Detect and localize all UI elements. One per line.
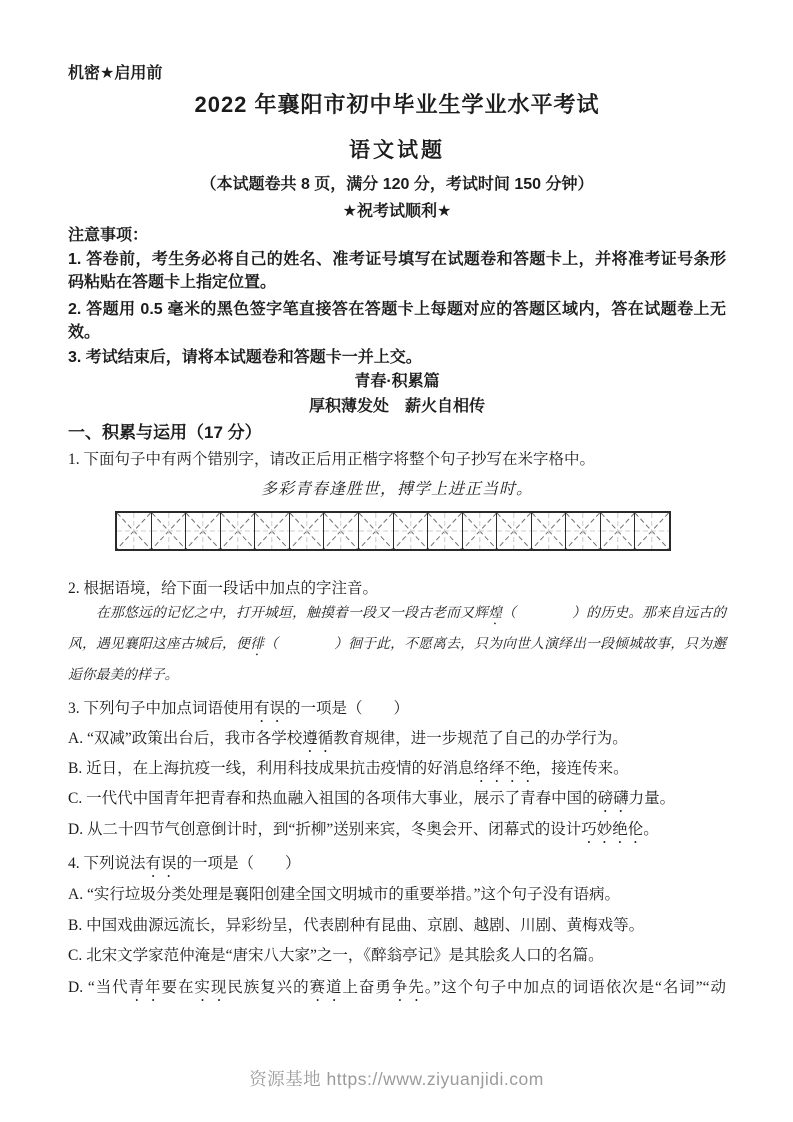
- text-segment: C. 北宋文学家范仲淹是“唐宋八大家”之一，《醉翁亭记》是其脍炙人口的名篇。: [68, 947, 604, 964]
- grid-cell: [497, 513, 532, 549]
- dotted-word: 争先: [392, 979, 425, 996]
- question-2-passage-line-3: 逅你最美的样子。: [68, 663, 726, 683]
- dotted-word: 青年: [129, 979, 162, 996]
- text-segment: B. 中国戏曲源远流长，异彩纷呈，代表剧种有昆曲、京剧、越剧、川剧、黄梅戏等。: [68, 917, 644, 934]
- question-1-copy-sentence: 多彩青春逢胜世，搏学上进正当时。: [68, 476, 726, 499]
- exam-title: 2022 年襄阳市初中毕业生学业水平考试: [68, 88, 726, 119]
- text-segment: 。”这个句子中加点的词语依次是“名词”“动: [425, 979, 726, 996]
- question-4-option-b: B. 中国戏曲源远流长，异彩纷呈，代表剧种有昆曲、京剧、越剧、川剧、黄梅戏等。: [68, 913, 726, 935]
- text-segment: D. “当代: [68, 979, 129, 996]
- notice-line-3: 3. 考试结束后，请将本试题卷和答题卡一并上交。: [68, 344, 726, 367]
- grid-cell: [221, 513, 256, 549]
- text-segment: 教育规律，进一步规范了自己的办学行为。: [333, 730, 628, 747]
- text-segment: A. “双减”政策出台后，我市各学校: [68, 730, 302, 747]
- grid-cell: [635, 513, 669, 549]
- page-content: 机密★启用前 2022 年襄阳市初中毕业生学业水平考试 语文试题 （本试题卷共 …: [68, 0, 726, 1122]
- question-1-stem: 1. 下面句子中有两个错别字，请改正后用正楷字将整个句子抄写在米字格中。: [68, 447, 726, 469]
- question-3-option-b: B. 近日，在上海抗疫一线，利用科技成果抗击疫情的好消息络绎不绝，接连传来。: [68, 756, 726, 786]
- text-segment: 要在: [162, 979, 195, 996]
- question-2-stem: 2. 根据语境，给下面一段话中加点的字注音。: [68, 576, 726, 598]
- grid-cell: [566, 513, 601, 549]
- text-segment: 风，遇见襄阳这座古城后，便: [68, 636, 250, 651]
- grid-cell: [394, 513, 429, 549]
- grid-cell: [255, 513, 290, 549]
- text-segment: 力量。: [629, 790, 676, 807]
- question-2-passage-line-1: 在那悠远的记忆之中，打开城垣，触摸着一段又一段古老而又辉煌（ ）的历史。那来自远…: [68, 601, 726, 628]
- dotted-word: 遵循: [302, 730, 333, 747]
- text-segment: A. “实行垃圾分类处理是襄阳创建全国文明城市的重要举措。”这个句子没有语病。: [68, 886, 620, 903]
- notice-line-2b: 效。: [68, 319, 726, 342]
- question-3-option-c: C. 一代代中国青年把青春和热血融入祖国的各项伟大事业，展示了青春中国的磅礴力量…: [68, 786, 726, 816]
- exam-paper-page: 机密★启用前 2022 年襄阳市初中毕业生学业水平考试 语文试题 （本试题卷共 …: [0, 0, 793, 1122]
- grid-cell: [532, 513, 567, 549]
- notice-line-1b: 码粘贴在答题卡上指定位置。: [68, 269, 726, 292]
- dotted-word: 巧妙绝伦: [581, 821, 643, 838]
- text-segment: ，接连传来。: [536, 760, 629, 777]
- security-classification: 机密★启用前: [68, 60, 726, 83]
- question-3-stem: 3. 下列句子中加点词语使用有误的一项是（ ）: [68, 696, 726, 726]
- part-subtitle: 厚积薄发处 薪火自相传: [68, 393, 726, 416]
- dotted-word: 有误: [146, 855, 177, 872]
- text-segment: （ ）的历史。那来自远古的: [502, 605, 726, 620]
- question-3-option-d: D. 从二十四节气创意倒计时，到“折柳”送别来宾，冬奥会开、闭幕式的设计巧妙绝伦…: [68, 817, 726, 847]
- footer-watermark: 资源基地 https://www.ziyuanjidi.com: [0, 1066, 793, 1091]
- grid-cell: [428, 513, 463, 549]
- text-segment: 。: [643, 821, 659, 838]
- dotted-word: 络绎不绝: [474, 760, 536, 777]
- notice-line-1a: 1. 答卷前，考生务必将自己的姓名、准考证号填写在试题卷和答题卡上，并将准考证号…: [68, 246, 726, 269]
- question-4-option-c: C. 北宋文学家范仲淹是“唐宋八大家”之一，《醉翁亭记》是其脍炙人口的名篇。: [68, 943, 726, 965]
- text-segment: 在那悠远的记忆之中，打开城垣，触摸着一段又一段古老而又辉: [96, 605, 488, 620]
- exam-info: （本试题卷共 8 页，满分 120 分，考试时间 150 分钟）: [68, 171, 726, 194]
- text-segment: 的一项是（ ）: [177, 855, 301, 872]
- writing-grid: [115, 511, 671, 551]
- part-title: 青春·积累篇: [68, 368, 726, 391]
- section-heading: 一、积累与运用（17 分）: [68, 418, 726, 443]
- text-segment: C. 一代代中国青年把青春和热血融入祖国的各项伟大事业，展示了青春中国的: [68, 790, 598, 807]
- dotted-word: 赛道: [310, 979, 343, 996]
- notice-heading: 注意事项：: [68, 222, 726, 245]
- dotted-word: 徘: [250, 636, 264, 651]
- text-segment: B. 近日，在上海抗疫一线，利用科技成果抗击疫情的好消息: [68, 760, 474, 777]
- dotted-word: 实现: [194, 979, 227, 996]
- text-segment: D. 从二十四节气创意倒计时，到“折柳”送别来宾，冬奥会开、闭幕式的设计: [68, 821, 581, 838]
- text-segment: 3. 下列句子中加点词语使用: [68, 700, 254, 717]
- text-segment: 的一项是（ ）: [285, 700, 409, 717]
- grid-cell: [117, 513, 152, 549]
- question-3-option-a: A. “双减”政策出台后，我市各学校遵循教育规律，进一步规范了自己的办学行为。: [68, 726, 726, 756]
- grid-cell: [186, 513, 221, 549]
- text-segment: 逅你最美的样子。: [68, 667, 178, 682]
- notice-line-2a: 2. 答题用 0.5 毫米的黑色签字笔直接答在答题卡上每题对应的答题区域内，答在…: [68, 296, 726, 319]
- question-4-stem: 4. 下列说法有误的一项是（ ）: [68, 851, 726, 881]
- grid-cell: [324, 513, 359, 549]
- question-4-option-a: A. “实行垃圾分类处理是襄阳创建全国文明城市的重要举措。”这个句子没有语病。: [68, 882, 726, 904]
- grid-cell: [152, 513, 187, 549]
- grid-cell: [601, 513, 636, 549]
- subject-title: 语文试题: [68, 134, 726, 164]
- exam-wish: ★祝考试顺利★: [68, 198, 726, 221]
- grid-cell: [463, 513, 498, 549]
- text-segment: （ ）徊于此，不愿离去，只为向世人演绎出一段倾城故事，只为邂: [264, 636, 726, 651]
- grid-cell: [359, 513, 394, 549]
- dotted-word: 煌: [488, 605, 502, 620]
- text-segment: 民族复兴的: [227, 979, 309, 996]
- dotted-word: 磅礴: [598, 790, 629, 807]
- text-segment: 上奋勇: [342, 979, 391, 996]
- question-2-passage-line-2: 风，遇见襄阳这座古城后，便徘（ ）徊于此，不愿离去，只为向世人演绎出一段倾城故事…: [68, 632, 726, 659]
- text-segment: 4. 下列说法: [68, 855, 146, 872]
- grid-cell: [290, 513, 325, 549]
- question-4-option-d: D. “当代青年要在实现民族复兴的赛道上奋勇争先。”这个句子中加点的词语依次是“…: [68, 975, 726, 1005]
- dotted-word: 有误: [254, 700, 285, 717]
